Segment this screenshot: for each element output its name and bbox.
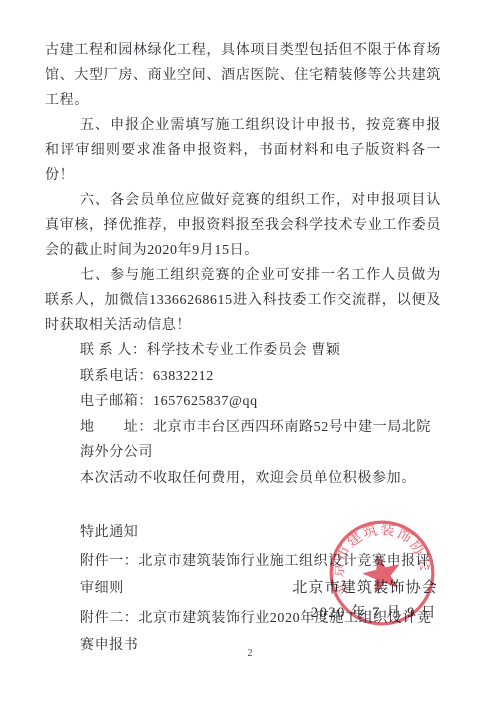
paragraph-continuation: 古建工程和园林绿化工程，具体项目类型包括但不限于体育场馆、大型厂房、商业空间、酒… (45, 38, 441, 113)
contact-phone: 联系电话：63832212 (80, 364, 441, 390)
paragraph-item-7: 七、参与施工组织竞赛的企业可安排一名工作人员做为联系人，加微信133662686… (45, 263, 441, 338)
paragraph-item-6: 六、各会员单位应做好竞赛的组织工作，对申报项目认真审核，择优推荐，申报资料报至我… (45, 188, 441, 263)
paragraph-item-5: 五、申报企业需填写施工组织设计申报书，按竞赛申报和评审细则要求准备申报资料，书面… (45, 113, 441, 188)
contact-block: 联 系 人：科学技术专业工作委员会 曹颖 联系电话：63832212 电子邮箱：… (80, 338, 441, 466)
fee-note: 本次活动不收取任何费用，欢迎会员单位积极参加。 (80, 466, 441, 492)
contact-email: 电子邮箱：1657625837@qq (80, 389, 441, 415)
contact-address: 地 址：北京市丰台区西四环南路52号中建一局北院海外分公司 (80, 415, 441, 466)
seal-star-icon (359, 551, 405, 596)
document-page: 古建工程和园林绿化工程，具体项目类型包括但不限于体育场馆、大型厂房、商业空间、酒… (0, 0, 500, 707)
page-number: 2 (0, 648, 500, 659)
contact-person: 联 系 人：科学技术专业工作委员会 曹颖 (80, 338, 441, 364)
